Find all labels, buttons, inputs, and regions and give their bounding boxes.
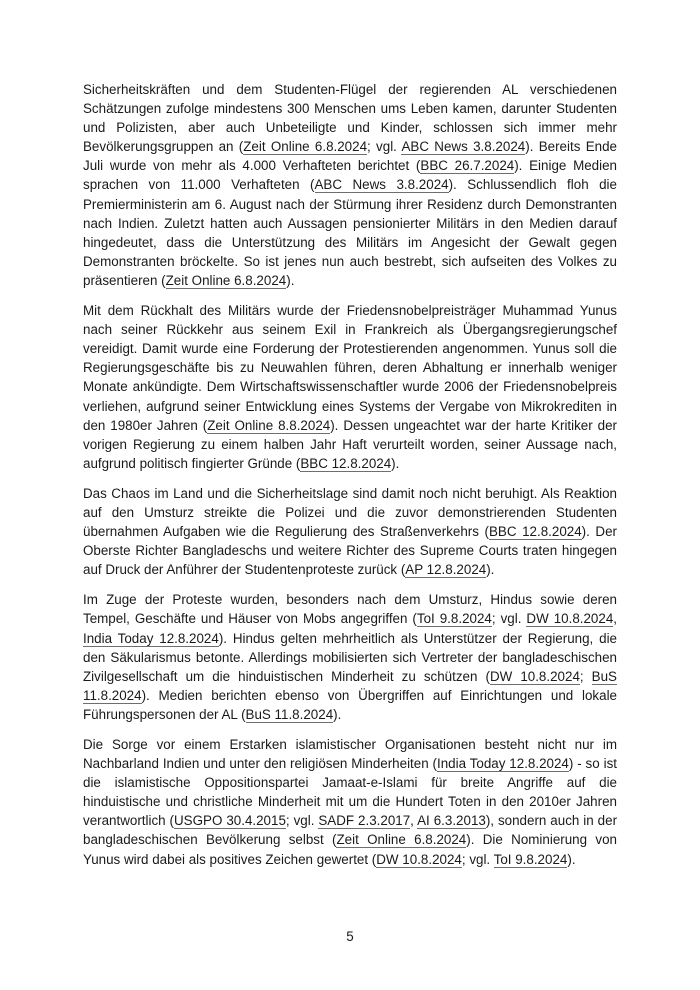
paragraph: Das Chaos im Land und die Sicherheitslag… (83, 484, 617, 579)
body-text: ; vgl. (462, 852, 494, 867)
paragraph: Mit dem Rückhalt des Militärs wurde der … (83, 301, 617, 473)
body-text: ). (391, 456, 399, 471)
body-text: , (613, 611, 617, 626)
citation-link[interactable]: ABC News 3.8.2024 (315, 177, 449, 193)
body-text: ). (286, 273, 294, 288)
citation-link[interactable]: Zeit Online 6.8.2024 (336, 832, 466, 848)
page-number: 5 (0, 929, 700, 944)
citation-link[interactable]: AI 6.3.2013 (417, 813, 486, 829)
citation-link[interactable]: USGPO 30.4.2015 (174, 813, 286, 829)
citation-link[interactable]: AP 12.8.2024 (405, 562, 486, 578)
body-text: Mit dem Rückhalt des Militärs wurde der … (83, 303, 617, 433)
paragraph: Die Sorge vor einem Erstarken islamistis… (83, 735, 617, 869)
citation-link[interactable]: BuS 11.8.2024 (246, 707, 334, 723)
body-text: ; vgl. (492, 611, 527, 626)
body-text: ; (580, 669, 592, 684)
citation-link[interactable]: Zeit Online 6.8.2024 (166, 273, 287, 289)
paragraph: Sicherheitskräften und dem Studenten-Flü… (83, 80, 617, 290)
citation-link[interactable]: DW 10.8.2024 (526, 611, 613, 627)
body-text: ; vgl. (367, 139, 401, 154)
body-text: ). Schlussendlich floh die Premierminist… (83, 177, 617, 287)
citation-link[interactable]: BBC 12.8.2024 (300, 456, 391, 472)
citation-link[interactable]: SADF 2.3.2017 (318, 813, 410, 829)
citation-link[interactable]: BBC 26.7.2024 (420, 158, 514, 174)
body-text: ). (333, 707, 341, 722)
citation-link[interactable]: India Today 12.8.2024 (83, 631, 219, 647)
document-body: Sicherheitskräften und dem Studenten-Flü… (83, 80, 617, 880)
citation-link[interactable]: Zeit Online 8.8.2024 (207, 418, 330, 434)
body-text: ). (486, 562, 494, 577)
citation-link[interactable]: ToI 9.8.2024 (494, 852, 568, 868)
citation-link[interactable]: ToI 9.8.2024 (417, 611, 492, 627)
citation-link[interactable]: Zeit Online 6.8.2024 (243, 139, 367, 155)
paragraph: Im Zuge der Proteste wurden, besonders n… (83, 590, 617, 724)
body-text: ). Medien berichten eben­so von Übergrif… (83, 688, 617, 722)
body-text: ). (567, 852, 575, 867)
citation-link[interactable]: DW 10.8.2024 (490, 669, 580, 685)
citation-link[interactable]: India Today 12.8.2024 (437, 756, 569, 772)
citation-link[interactable]: DW 10.8.2024 (376, 852, 462, 868)
citation-link[interactable]: BBC 12.8.2024 (489, 524, 582, 540)
citation-link[interactable]: ABC News 3.8.2024 (401, 139, 525, 155)
body-text: ; vgl. (286, 813, 318, 828)
